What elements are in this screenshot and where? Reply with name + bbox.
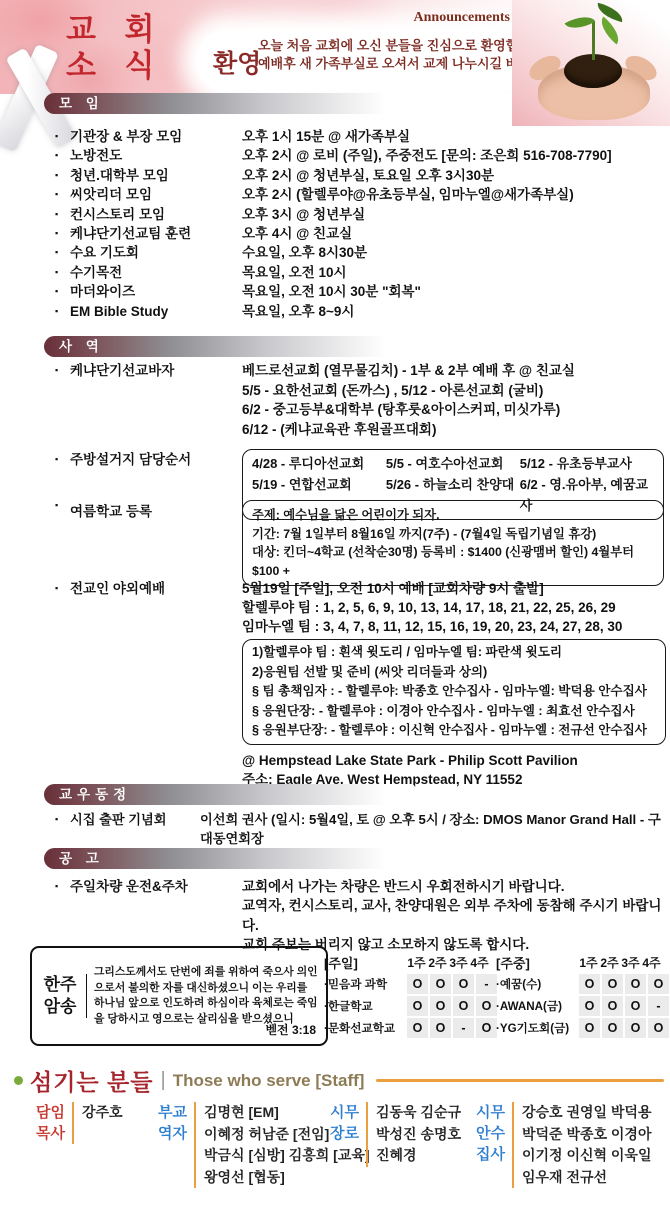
attendance-mark: O [406, 1017, 429, 1039]
attendance-mark: O [578, 995, 601, 1017]
section-bar-news: 교우동정 [44, 784, 415, 805]
staff-group-senior-pastor: 담임 목사 강주호 [36, 1102, 123, 1144]
attendance-row-label: ·믿음과 과학 [324, 976, 406, 992]
bazaar-row: 케냐단기선교바자 베드로선교회 (열무물김치) - 1부 & 2부 예배 후 @… [40, 361, 660, 439]
bazaar-line: 6/12 - (케냐교육관 후원골프대회) [242, 420, 660, 440]
meeting-value: 목요일, 오전 10시 30분 "회복" [242, 282, 660, 301]
attendance-mark: O [452, 973, 475, 995]
staff-group-names: 강주호 [82, 1102, 123, 1144]
staff-group-label: 담임 목사 [36, 1102, 74, 1144]
meeting-value: 수요일, 오후 8시30분 [242, 243, 660, 262]
meeting-value: 오후 1시 15분 @ 새가족부실 [242, 127, 660, 146]
attendance-mark: O [647, 973, 670, 995]
week-col: 3주 [620, 954, 641, 971]
section-bar-meetings: 모 임 [44, 93, 415, 114]
bazaar-label: 케냐단기선교바자 [70, 361, 242, 439]
meeting-label: 씨앗리더 모임 [70, 185, 242, 204]
staff-group-deacons: 시무 안수 집사 강승호 권영일 박덕용 박덕준 박종호 이경아 이기정 이신혁… [476, 1102, 651, 1188]
meeting-label: 수기목전 [70, 263, 242, 282]
attendance-header: [주일] 1주 2주 3주 4주 [324, 951, 492, 973]
page-title-line2: 소 식 [66, 48, 165, 84]
attendance-row: ·AWANA(금) O O O - [496, 995, 668, 1017]
outdoor-box-line: 2)응원팀 선발 및 준비 (씨앗 리더들과 상의) [252, 663, 656, 683]
summer-school-row: 여름학교 등록 주제: 예수님을 닮은 어린이가 되자. 기간: 7월 1일부터… [40, 500, 665, 586]
attendance-table-sunday: [주일] 1주 2주 3주 4주 ·믿음과 과학 O O O - ·한글학교 O… [324, 951, 492, 1039]
attendance-row-label: ·YG기도회(금) [496, 1020, 578, 1036]
attendance-row-label: ·한글학교 [324, 998, 406, 1014]
leaf-icon [565, 10, 596, 35]
outdoor-line: 5월19일 [주일], 오전 10시 예배 [교회차량 9시 출발] [242, 579, 666, 598]
attendance-row-label: ·예꿈(수) [496, 976, 578, 992]
memory-verse-reference: 벧전 3:18 [265, 1021, 316, 1038]
staff-group-names: 김동욱 김순규 박성진 송명호 진혜경 [376, 1102, 461, 1167]
staff-group-label: 시무 장로 [330, 1102, 368, 1167]
plant-stem-icon [592, 22, 595, 60]
attendance-row: ·믿음과 과학 O O O - [324, 973, 492, 995]
bazaar-details: 베드로선교회 (열무물김치) - 1부 & 2부 예배 후 @ 친교실 5/5 … [242, 361, 660, 439]
news-row: 시집 출판 기념회 이선희 권사 (일시: 5월4일, 토 @ 오후 5시 / … [40, 810, 665, 848]
meeting-label: 기관장 & 부장 모임 [70, 127, 242, 146]
notice-line: 교역자, 컨시스토리, 교사, 찬양대원은 외부 주차에 동참해 주시기 바랍니… [242, 896, 665, 935]
announcements-label: Announcements [395, 10, 510, 26]
attendance-mark: O [475, 995, 498, 1017]
attendance-title: [주일] [324, 953, 406, 972]
meeting-row: EM Bible Study목요일, 오후 8~9시 [40, 302, 660, 321]
staff-group-names: 강승호 권영일 박덕용 박덕준 박종호 이경아 이기정 이신혁 이욱일 임우재 … [522, 1102, 652, 1188]
bazaar-line: 6/2 - 중고등부&대학부 (탕후룻&아이스커피, 미싯가루) [242, 400, 660, 420]
notice-row: 주일차량 운전&주차 교회에서 나가는 차량은 반드시 우회전하시기 바랍니다.… [40, 877, 665, 954]
attendance-mark: O [647, 1017, 670, 1039]
attendance-mark: O [429, 1017, 452, 1039]
meeting-label: 컨시스토리 모임 [70, 205, 242, 224]
outdoor-worship-row: 전교인 야외예배 5월19일 [주일], 오전 10시 예배 [교회차량 9시 … [40, 579, 665, 789]
summer-school-label: 여름학교 등록 [70, 500, 242, 586]
memory-verse-label-line1: 한주 [38, 974, 82, 996]
meeting-row: 케냐단기선교팀 훈련오후 4시 @ 친교실 [40, 224, 660, 243]
staff-title: 섬기는 분들 [30, 1064, 153, 1097]
meeting-label: 수요 기도회 [70, 243, 242, 262]
attendance-row: ·한글학교 O O O O [324, 995, 492, 1017]
page-title-line1: 교 회 [66, 12, 165, 48]
week-col: 1주 [578, 954, 599, 971]
attendance-mark: O [624, 1017, 647, 1039]
week-col: 2주 [427, 954, 448, 971]
attendance-row: ·YG기도회(금) O O O O [496, 1017, 668, 1039]
meeting-row: 컨시스토리 모임오후 3시 @ 청년부실 [40, 205, 660, 224]
memory-verse-text: 그리스도께서도 단번에 죄를 위하여 죽으사 의인으로서 불의한 자를 대신하셨… [94, 965, 320, 1027]
outdoor-box-line: § 응원부단장: - 할렐루야 : 이신혁 안수집사 - 임마누엘 : 전규선 … [252, 721, 656, 741]
attendance-row-label: ·문화선교학교 [324, 1020, 406, 1036]
meeting-value: 오후 2시 @ 청년부실, 토요일 오후 3시30분 [242, 166, 660, 185]
staff-subtitle: Those who serve [Staff] [173, 1071, 365, 1091]
attendance-mark: O [601, 973, 624, 995]
attendance-mark: O [601, 1017, 624, 1039]
kitchen-cell: 5/5 - 여호수아선교회 [386, 453, 520, 474]
attendance-mark: O [406, 973, 429, 995]
attendance-mark: O [578, 973, 601, 995]
attendance-mark: O [624, 973, 647, 995]
meeting-value: 오후 2시 (할렐루야@유초등부실, 임마누엘@새가족부실) [242, 185, 660, 204]
divider: | [160, 1069, 165, 1092]
attendance-row: ·예꿈(수) O O O O [496, 973, 668, 995]
attendance-row-label: ·AWANA(금) [496, 998, 578, 1014]
meeting-row: 수요 기도회수요일, 오후 8시30분 [40, 243, 660, 262]
meeting-row: 수기목전목요일, 오전 10시 [40, 263, 660, 282]
bazaar-line: 베드로선교회 (열무물김치) - 1부 & 2부 예배 후 @ 친교실 [242, 361, 660, 381]
attendance-mark: O [601, 995, 624, 1017]
outdoor-box-line: § 응원단장: - 할렐루야 : 이경아 안수집사 - 임마누엘 : 최효선 안… [252, 702, 656, 722]
meeting-value: 오후 2시 @ 로비 (주일), 주중전도 [문의: 조은희 516-708-7… [242, 146, 660, 165]
notice-label: 주일차량 운전&주차 [70, 877, 242, 954]
attendance-header: [주중] 1주 2주 3주 4주 [496, 951, 668, 973]
meeting-value: 오후 3시 @ 청년부실 [242, 205, 660, 224]
staff-group-elders: 시무 장로 김동욱 김순규 박성진 송명호 진혜경 [330, 1102, 461, 1167]
outdoor-worship-label: 전교인 야외예배 [70, 579, 242, 789]
news-value: 이선희 권사 (일시: 5월4일, 토 @ 오후 5시 / 장소: DMOS M… [200, 810, 665, 848]
outdoor-team-box: 1)할렐루야 팀 : 흰색 윗도리 / 임마누엘 팀: 파란색 윗도리 2)응원… [242, 639, 666, 745]
memory-verse-label: 한주 암송 [38, 974, 87, 1018]
meeting-row: 노방전도오후 2시 @ 로비 (주일), 주중전도 [문의: 조은희 516-7… [40, 146, 660, 165]
bullet-dot-icon [14, 1076, 23, 1085]
outdoor-venue: @ Hempstead Lake State Park - Philip Sco… [242, 751, 666, 770]
attendance-mark: O [429, 973, 452, 995]
meeting-value: 오후 4시 @ 친교실 [242, 224, 660, 243]
meeting-label: 노방전도 [70, 146, 242, 165]
attendance-mark: - [475, 973, 498, 995]
meeting-label: EM Bible Study [70, 302, 242, 321]
meeting-label: 마더와이즈 [70, 282, 242, 301]
notice-line: 교회에서 나가는 차량은 반드시 우회전하시기 바랍니다. [242, 877, 665, 896]
plant-photo [512, 0, 670, 126]
staff-group-label: 부교 역자 [158, 1102, 196, 1188]
summer-line: 기간: 7월 1일부터 8월16일 까지(7주) - (7월4일 독립기념일 휴… [252, 525, 654, 544]
staff-section-header: 섬기는 분들 | Those who serve [Staff] [14, 1064, 664, 1097]
outdoor-worship-details: 5월19일 [주일], 오전 10시 예배 [교회차량 9시 출발] 할렐루야 … [242, 579, 666, 789]
attendance-mark: O [578, 1017, 601, 1039]
week-col: 1주 [406, 954, 427, 971]
meeting-row: 마더와이즈목요일, 오전 10시 30분 "회복" [40, 282, 660, 301]
attendance-mark: O [624, 995, 647, 1017]
staff-group-label: 시무 안수 집사 [476, 1102, 514, 1188]
summer-line: 대상: 킨더~4학교 (선착순30명) 등록비 : $1400 (신광맴버 할인… [252, 543, 654, 580]
outdoor-box-line: 1)할렐루야 팀 : 흰색 윗도리 / 임마누엘 팀: 파란색 윗도리 [252, 643, 656, 663]
attendance-mark: O [452, 995, 475, 1017]
memory-verse-label-line2: 암송 [38, 996, 82, 1018]
attendance-mark: O [406, 995, 429, 1017]
leaf-icon [595, 3, 625, 22]
memory-verse-box: 한주 암송 그리스도께서도 단번에 죄를 위하여 죽으사 의인으로서 불의한 자… [30, 946, 328, 1046]
week-col: 3주 [448, 954, 469, 971]
attendance-mark: O [429, 995, 452, 1017]
page-title: 교 회 소 식 [66, 12, 165, 84]
outdoor-team-immanuel: 임마누엘 팀 : 3, 4, 7, 8, 11, 12, 15, 16, 19,… [242, 617, 666, 636]
bazaar-line: 5/5 - 요한선교회 (돈까스) , 5/12 - 아론선교회 (굴비) [242, 381, 660, 401]
kitchen-cell: 5/12 - 유초등부교사 [520, 453, 654, 474]
attendance-mark: O [475, 1017, 498, 1039]
news-label: 시집 출판 기념회 [70, 810, 200, 848]
week-col: 4주 [641, 954, 662, 971]
week-col: 4주 [469, 954, 490, 971]
meeting-row: 기관장 & 부장 모임오후 1시 15분 @ 새가족부실 [40, 127, 660, 146]
kitchen-cell: 4/28 - 루디아선교회 [252, 453, 386, 474]
meetings-list: 기관장 & 부장 모임오후 1시 15분 @ 새가족부실 노방전도오후 2시 @… [40, 127, 660, 321]
meeting-value: 목요일, 오후 8~9시 [242, 302, 660, 321]
outdoor-box-line: § 팀 총책임자 : - 할렐루야: 박종호 안수집사 - 임마누엘: 박덕용 … [252, 682, 656, 702]
attendance-table-weekday: [주중] 1주 2주 3주 4주 ·예꿈(수) O O O O ·AWANA(금… [496, 951, 668, 1039]
summer-school-box: 주제: 예수님을 닮은 어린이가 되자. 기간: 7월 1일부터 8월16일 까… [242, 500, 664, 586]
summer-school-box-wrap: 주제: 예수님을 닮은 어린이가 되자. 기간: 7월 1일부터 8월16일 까… [242, 500, 665, 586]
kitchen-duty-row1: 4/28 - 루디아선교회 5/5 - 여호수아선교회 5/12 - 유초등부교… [252, 453, 654, 474]
meeting-label: 청년.대학부 모임 [70, 166, 242, 185]
attendance-row: ·문화선교학교 O O - O [324, 1017, 492, 1039]
attendance-mark: - [647, 995, 670, 1017]
summer-line: 주제: 예수님을 닮은 어린이가 되자. [252, 506, 654, 525]
attendance-title: [주중] [496, 953, 578, 972]
notice-lines: 교회에서 나가는 차량은 반드시 우회전하시기 바랍니다. 교역자, 컨시스토리… [242, 877, 665, 954]
attendance-mark: - [452, 1017, 475, 1039]
orange-rule [376, 1079, 664, 1082]
meeting-value: 목요일, 오전 10시 [242, 263, 660, 282]
outdoor-team-hallelujah: 할렐루야 팀 : 1, 2, 5, 6, 9, 10, 13, 14, 17, … [242, 598, 666, 617]
meeting-label: 케냐단기선교팀 훈련 [70, 224, 242, 243]
section-bar-ministry: 사 역 [44, 336, 415, 357]
welcome-heading: 환영 [213, 44, 261, 80]
meeting-row: 청년.대학부 모임오후 2시 @ 청년부실, 토요일 오후 3시30분 [40, 166, 660, 185]
section-bar-notice: 공 고 [44, 848, 415, 869]
meeting-row: 씨앗리더 모임오후 2시 (할렐루야@유초등부실, 임마누엘@새가족부실) [40, 185, 660, 204]
week-col: 2주 [599, 954, 620, 971]
